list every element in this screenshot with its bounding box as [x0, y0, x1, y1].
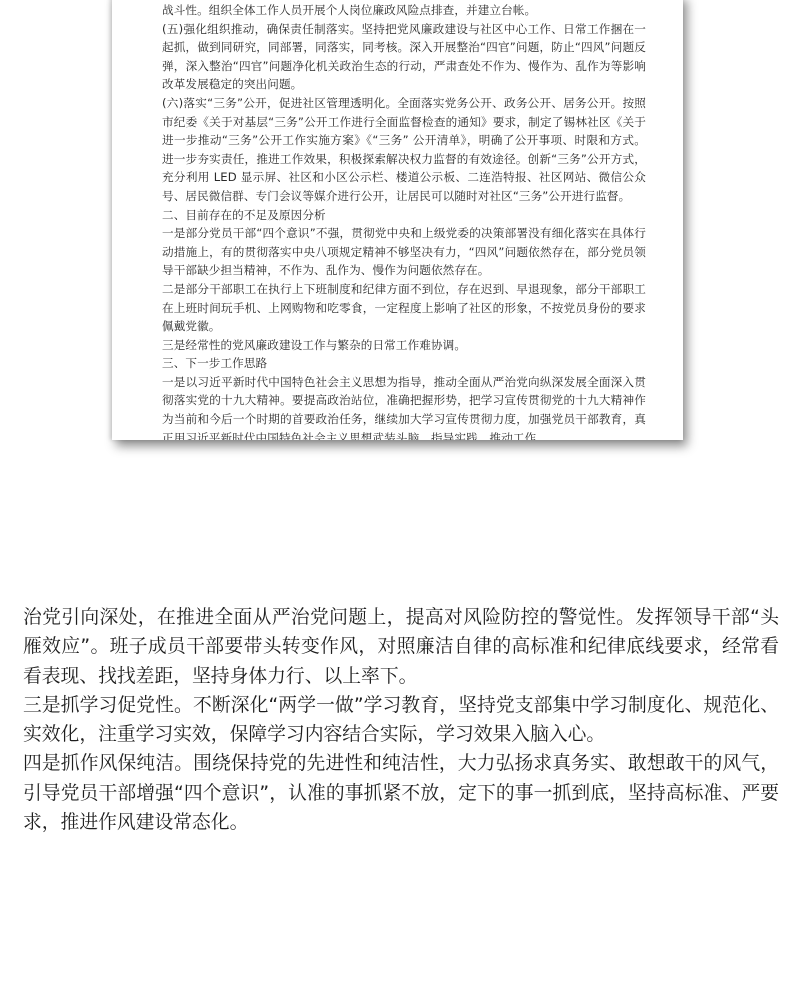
- paragraph-shortcoming-two: 二是部分干部职工在执行上下班制度和纪律方面不到位，存在迟到、早退现象，部分干部职…: [162, 280, 646, 336]
- page-body-text: 战斗性。组织全体工作人员开展个人岗位廉政风险点排查，并建立台帐。 (五)强化组织…: [162, 1, 646, 440]
- paragraph-next-step-one: 一是以习近平新时代中国特色社会主义思想为指导，推动全面从严治党向纵深发展全面深入…: [162, 373, 646, 440]
- paragraph-next-step-three: 三是抓学习促党性。不断深化“两学一做”学习教育，坚持党支部集中学习制度化、规范化…: [23, 691, 779, 750]
- heading-next-steps: 三、下一步工作思路: [162, 354, 646, 373]
- heading-shortcomings: 二、目前存在的不足及原因分析: [162, 206, 646, 225]
- paragraph-shortcoming-three: 三是经常性的党风廉政建设工作与繁杂的日常工作难协调。: [162, 336, 646, 355]
- paragraph-next-step-four: 四是抓作风保纯洁。围绕保持党的先进性和纯洁性，大力弘扬求真务实、敢想敢干的风气，…: [23, 749, 779, 837]
- paragraph-combat-readiness: 战斗性。组织全体工作人员开展个人岗位廉政风险点排查，并建立台帐。: [162, 1, 646, 20]
- paragraph-next-step-two-continued: 治党引向深处，在推进全面从严治党问题上，提高对风险防控的警觉性。发挥领导干部“头…: [23, 603, 779, 691]
- paragraph-section-six: (六)落实“三务”公开，促进社区管理透明化。全面落实党务公开、政务公开、居务公开…: [162, 94, 646, 206]
- paragraph-shortcoming-one: 一是部分党员干部“四个意识”不强，贯彻党中央和上级党委的决策部署没有细化落实在具…: [162, 224, 646, 280]
- continued-text-block: 治党引向深处，在推进全面从严治党问题上，提高对风险防控的警觉性。发挥领导干部“头…: [23, 603, 779, 837]
- document-page-preview: 战斗性。组织全体工作人员开展个人岗位廉政风险点排查，并建立台帐。 (五)强化组织…: [112, 0, 683, 440]
- paragraph-section-five: (五)强化组织推动，确保责任制落实。坚持把党风廉政建设与社区中心工作、日常工作捆…: [162, 20, 646, 94]
